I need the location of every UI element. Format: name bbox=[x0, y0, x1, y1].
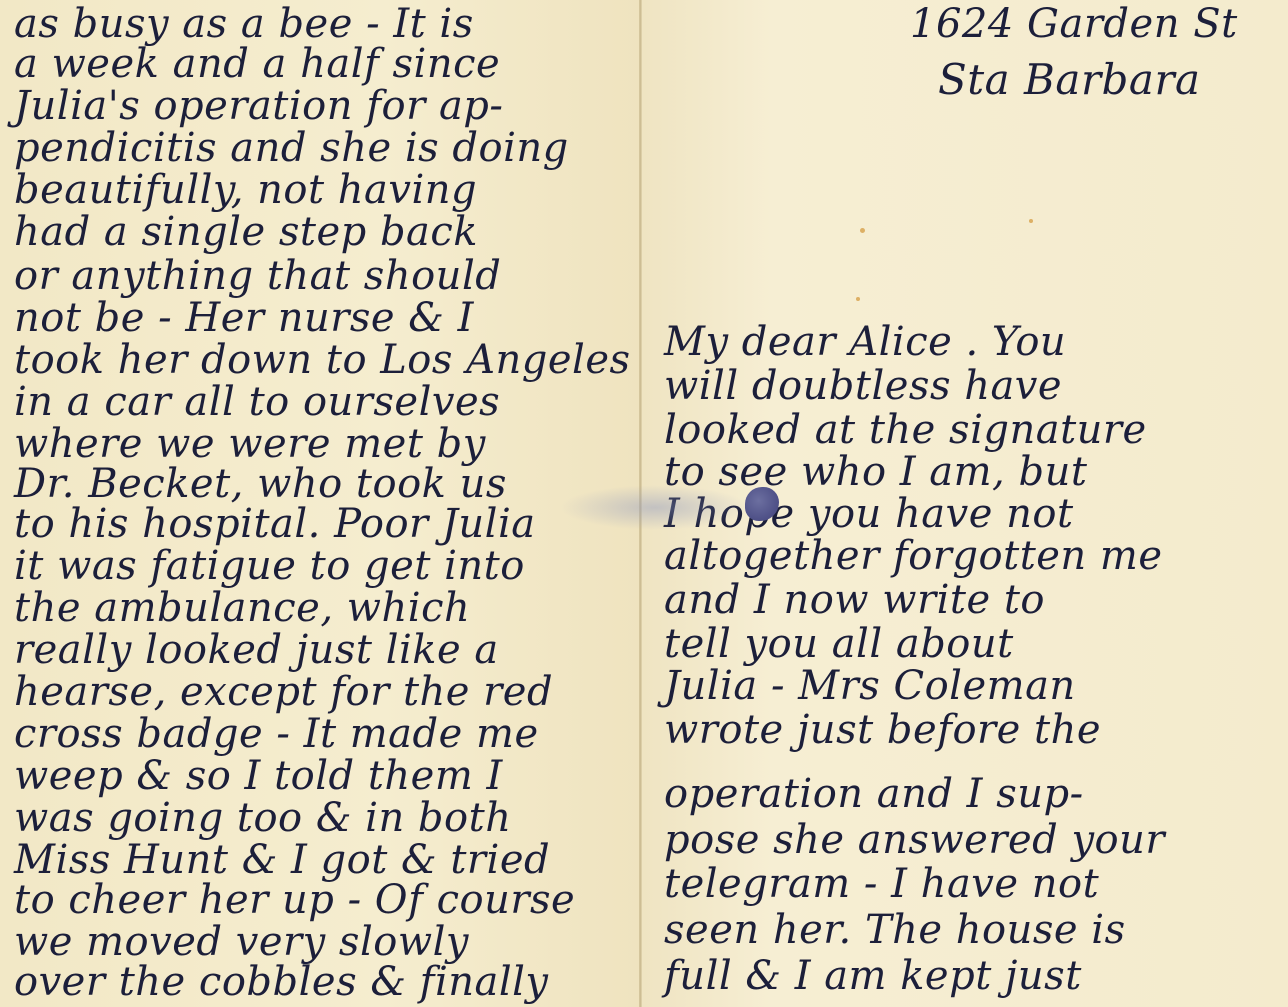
letter-line: operation and I sup- bbox=[664, 770, 1084, 818]
letter-line: over the cobbles & finally bbox=[14, 958, 549, 1006]
letter-line: telegram - I have not bbox=[664, 860, 1099, 908]
letter-line: really looked just like a bbox=[14, 626, 499, 674]
letter-line: Julia - Mrs Coleman bbox=[664, 662, 1076, 710]
letter-line: to his hospital. Poor Julia bbox=[14, 500, 536, 548]
left-page: as busy as a bee - It is a week and a ha… bbox=[0, 0, 640, 1007]
letter-line: weep & so I told them I bbox=[14, 752, 503, 800]
letter-line: hearse, except for the red bbox=[14, 668, 553, 716]
letter-line: pose she answered your bbox=[664, 816, 1165, 864]
letter-line: pendicitis and she is doing bbox=[14, 124, 569, 172]
letter-line: it was fatigue to get into bbox=[14, 542, 525, 590]
letter-scan: as busy as a bee - It is a week and a ha… bbox=[0, 0, 1288, 1007]
letter-line: in a car all to ourselves bbox=[14, 378, 500, 426]
letter-line: will doubtless have bbox=[664, 362, 1062, 410]
address-city: Sta Barbara bbox=[938, 56, 1201, 104]
letter-line: had a single step back bbox=[14, 208, 478, 256]
letter-line: was going too & in both bbox=[14, 794, 511, 842]
address-street: 1624 Garden St bbox=[910, 0, 1238, 48]
letter-line: a week and a half since bbox=[14, 40, 500, 88]
letter-line: and I now write to bbox=[664, 576, 1045, 624]
letter-line: seen her. The house is bbox=[664, 906, 1126, 954]
letter-line: to see who I am, but bbox=[664, 448, 1087, 496]
letter-line: the ambulance, which bbox=[14, 584, 470, 632]
letter-line: not be - Her nurse & I bbox=[14, 294, 474, 342]
foxing-spot bbox=[856, 297, 860, 301]
ink-smear bbox=[560, 485, 750, 530]
letter-line: cross badge - It made me bbox=[14, 710, 539, 758]
letter-line: or anything that should bbox=[14, 252, 501, 300]
foxing-spot bbox=[860, 228, 865, 233]
letter-line: full & I am kept just bbox=[664, 952, 1082, 1000]
letter-line: beautifully, not having bbox=[14, 166, 477, 214]
letter-line: to cheer her up - Of course bbox=[14, 876, 575, 924]
letter-line: tell you all about bbox=[664, 620, 1014, 668]
letter-line: altogether forgotten me bbox=[664, 532, 1163, 580]
letter-line: took her down to Los Angeles bbox=[14, 336, 631, 384]
letter-line: Julia's operation for ap- bbox=[14, 82, 503, 130]
foxing-spot bbox=[1029, 219, 1033, 223]
letter-line: wrote just before the bbox=[664, 706, 1101, 754]
salutation: My dear Alice . You bbox=[664, 318, 1066, 366]
letter-line: looked at the signature bbox=[664, 406, 1147, 454]
